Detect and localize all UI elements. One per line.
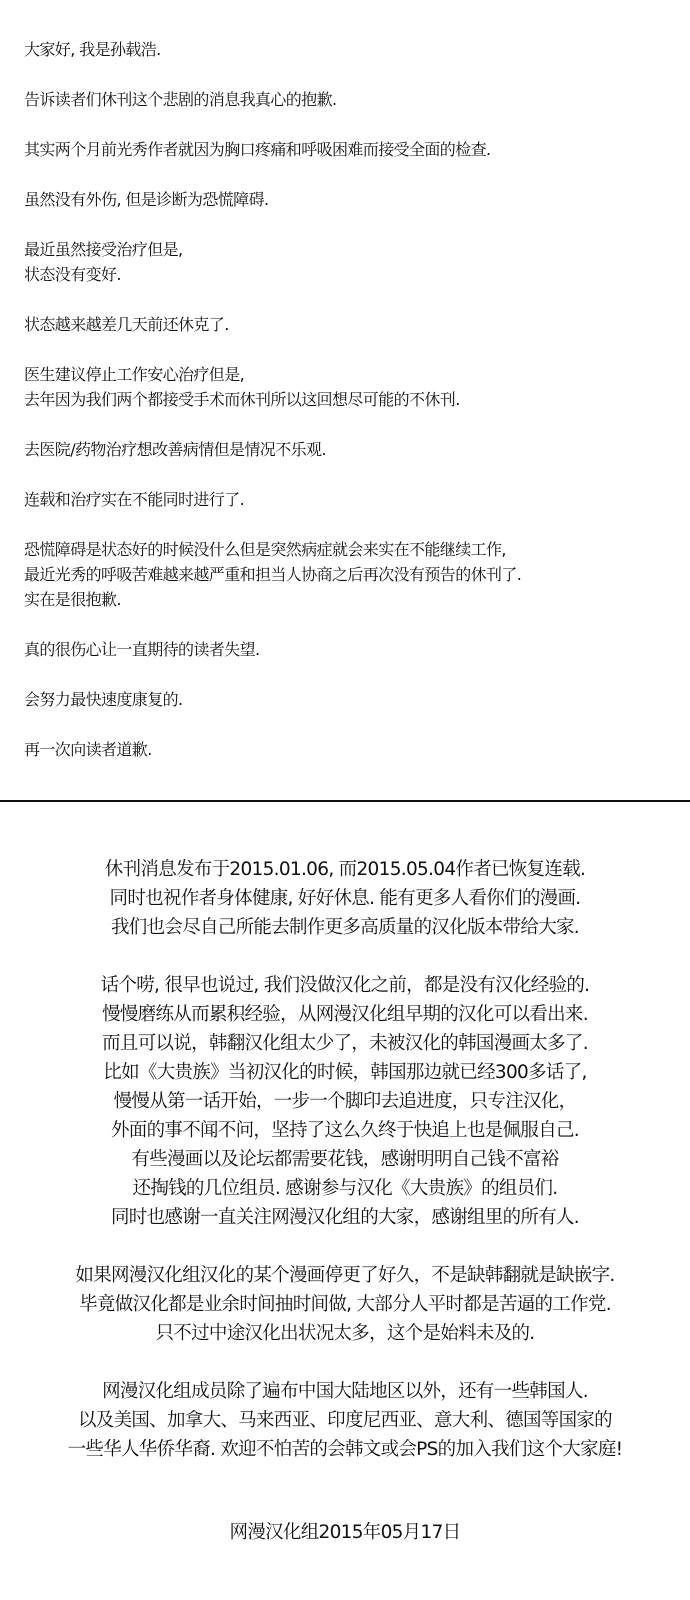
- translator-afterword: 休刊消息发布于2015.01.06, 而2015.05.04作者已恢复连载. 同…: [0, 855, 690, 1493]
- notice-paragraph-final-apology: 再一次向读者道歉.: [24, 737, 674, 762]
- notice-line: 医生建议停止工作安心治疗但是,: [24, 362, 674, 387]
- notice-line: 去医院/药物治疗想改善病情但是情况不乐观.: [24, 437, 674, 462]
- afterword-line: 话个唠, 很早也说过, 我们没做汉化之前，都是没有汉化经验的.: [0, 971, 690, 1000]
- notice-paragraph-disappointment: 真的很伤心让一直期待的读者失望.: [24, 637, 674, 662]
- afterword-paragraph-recruitment: 网漫汉化组成员除了遍布中国大陆地区以外，还有一些韩国人. 以及美国、加拿大、马来…: [0, 1377, 690, 1464]
- afterword-paragraph-history: 话个唠, 很早也说过, 我们没做汉化之前，都是没有汉化经验的. 慢慢磨练从而累积…: [0, 971, 690, 1232]
- notice-line: 最近光秀的呼吸苦难越来越严重和担当人协商之后再次没有预告的休刊了.: [24, 562, 674, 587]
- notice-paragraph-treatment: 最近虽然接受治疗但是, 状态没有变好.: [24, 237, 674, 287]
- notice-line: 会努力最快速度康复的.: [24, 687, 674, 712]
- afterword-line: 同时也感谢一直关注网漫汉化组的大家，感谢组里的所有人.: [0, 1203, 690, 1232]
- notice-paragraph-diagnosis: 虽然没有外伤, 但是诊断为恐慌障碍.: [24, 187, 674, 212]
- notice-paragraph-apology: 告诉读者们休刊这个悲剧的消息我真心的抱歉.: [24, 87, 674, 112]
- afterword-line: 慢慢从第一话开始，一步一个脚印去追进度，只专注汉化，: [0, 1087, 690, 1116]
- notice-line: 去年因为我们两个都接受手术而休刊所以这回想尽可能的不休刊.: [24, 387, 674, 412]
- notice-paragraph-panic-disorder: 恐慌障碍是状态好的时候没什么但是突然病症就会来实在不能继续工作, 最近光秀的呼吸…: [24, 537, 674, 612]
- notice-paragraph-cannot-continue: 连载和治疗实在不能同时进行了.: [24, 487, 674, 512]
- afterword-line: 休刊消息发布于2015.01.06, 而2015.05.04作者已恢复连载.: [0, 855, 690, 884]
- notice-paragraph-worsening: 状态越来越差几天前还休克了.: [24, 312, 674, 337]
- notice-line: 真的很伤心让一直期待的读者失望.: [24, 637, 674, 662]
- notice-line: 虽然没有外伤, 但是诊断为恐慌障碍.: [24, 187, 674, 212]
- afterword-line: 还掏钱的几位组员. 感谢参与汉化《大贵族》的组员们.: [0, 1174, 690, 1203]
- author-notice: 大家好, 我是孙载浩. 告诉读者们休刊这个悲剧的消息我真心的抱歉. 其实两个月前…: [24, 37, 674, 787]
- notice-line: 状态越来越差几天前还休克了.: [24, 312, 674, 337]
- afterword-line: 比如《大贵族》当初汉化的时候，韩国那边就已经300多话了,: [0, 1058, 690, 1087]
- notice-line: 再一次向读者道歉.: [24, 737, 674, 762]
- notice-line: 连载和治疗实在不能同时进行了.: [24, 487, 674, 512]
- afterword-line: 一些华人华侨华裔. 欢迎不怕苦的会韩文或会PS的加入我们这个大家庭!: [0, 1435, 690, 1464]
- notice-line: 状态没有变好.: [24, 262, 674, 287]
- notice-paragraph-hospital: 去医院/药物治疗想改善病情但是情况不乐观.: [24, 437, 674, 462]
- notice-line: 其实两个月前光秀作者就因为胸口疼痛和呼吸困难而接受全面的检查.: [24, 137, 674, 162]
- afterword-paragraph-delays: 如果网漫汉化组汉化的某个漫画停更了好久，不是缺韩翻就是缺嵌字. 毕竟做汉化都是业…: [0, 1261, 690, 1348]
- afterword-line: 同时也祝作者身体健康, 好好休息. 能有更多人看你们的漫画.: [0, 884, 690, 913]
- afterword-line: 网漫汉化组成员除了遍布中国大陆地区以外，还有一些韩国人.: [0, 1377, 690, 1406]
- notice-paragraph-doctor-advice: 医生建议停止工作安心治疗但是, 去年因为我们两个都接受手术而休刊所以这回想尽可能…: [24, 362, 674, 412]
- afterword-line: 只不过中途汉化出状况太多，这个是始料未及的.: [0, 1319, 690, 1348]
- notice-line: 恐慌障碍是状态好的时候没什么但是突然病症就会来实在不能继续工作,: [24, 537, 674, 562]
- afterword-line: 慢慢磨练从而累积经验，从网漫汉化组早期的汉化可以看出来.: [0, 1000, 690, 1029]
- notice-line: 最近虽然接受治疗但是,: [24, 237, 674, 262]
- afterword-line: 有些漫画以及论坛都需要花钱，感谢明明自己钱不富裕: [0, 1145, 690, 1174]
- signature-date: 网漫汉化组2015年05月17日: [0, 1518, 690, 1547]
- afterword-line: 如果网漫汉化组汉化的某个漫画停更了好久，不是缺韩翻就是缺嵌字.: [0, 1261, 690, 1290]
- notice-line: 实在是很抱歉.: [24, 587, 674, 612]
- notice-paragraph-recovery: 会努力最快速度康复的.: [24, 687, 674, 712]
- afterword-line: 以及美国、加拿大、马来西亚、印度尼西亚、意大利、德国等国家的: [0, 1406, 690, 1435]
- notice-paragraph-examination: 其实两个月前光秀作者就因为胸口疼痛和呼吸困难而接受全面的检查.: [24, 137, 674, 162]
- notice-line: 大家好, 我是孙载浩.: [24, 37, 674, 62]
- notice-line: 告诉读者们休刊这个悲剧的消息我真心的抱歉.: [24, 87, 674, 112]
- afterword-line: 外面的事不闻不问，坚持了这么久终于快追上也是佩服自己.: [0, 1116, 690, 1145]
- afterword-line: 毕竟做汉化都是业余时间抽时间做, 大部分人平时都是苦逼的工作党.: [0, 1290, 690, 1319]
- notice-paragraph-greeting: 大家好, 我是孙载浩.: [24, 37, 674, 62]
- afterword-line: 我们也会尽自己所能去制作更多高质量的汉化版本带给大家.: [0, 913, 690, 942]
- afterword-paragraph-resumed: 休刊消息发布于2015.01.06, 而2015.05.04作者已恢复连载. 同…: [0, 855, 690, 942]
- afterword-line: 而且可以说，韩翻汉化组太少了，未被汉化的韩国漫画太多了.: [0, 1029, 690, 1058]
- section-divider: [0, 800, 690, 802]
